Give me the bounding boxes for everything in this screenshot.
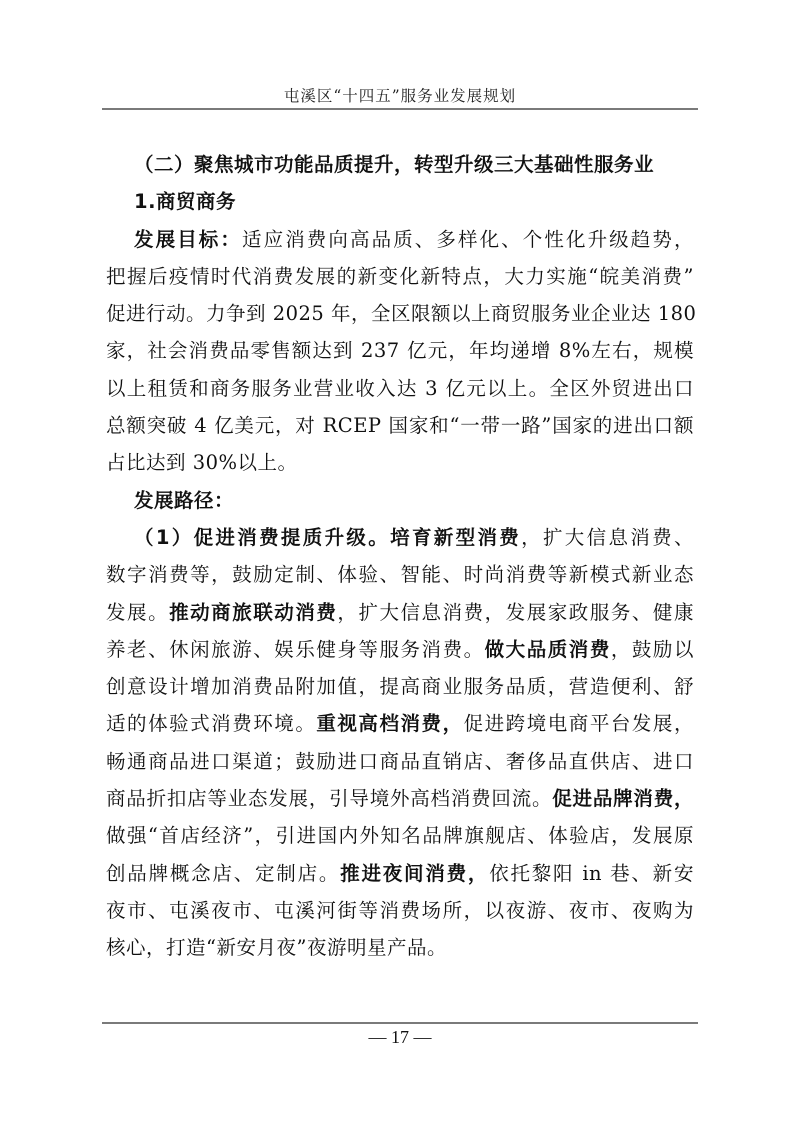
- footer-rule: [102, 1022, 698, 1024]
- goal-line-5: 以上租赁和商务服务业营业收入达 3 亿元以上。全区外贸进出口: [106, 370, 694, 407]
- goal-line-2: 把握后疫情时代消费发展的新变化新特点，大力实施“皖美消费”: [106, 258, 694, 295]
- header-rule: [102, 108, 698, 110]
- running-header: 屯溪区“十四五”服务业发展规划: [100, 84, 700, 106]
- path-line-3: 发展。推动商旅联动消费，扩大信息消费，发展家政服务、健康: [106, 594, 694, 631]
- goal-line-3: 促进行动。力争到 2025 年，全区限额以上商贸服务业企业达 180: [106, 295, 694, 332]
- path-line-1: （1）促进消费提质升级。培育新型消费，扩大信息消费、: [106, 519, 694, 556]
- section-heading: （二）聚焦城市功能品质提升，转型升级三大基础性服务业: [106, 146, 694, 183]
- goal-line-6: 总额突破 4 亿美元，对 RCEP 国家和“一带一路”国家的进出口额: [106, 407, 694, 444]
- subsection-heading: 1.商贸商务: [106, 183, 694, 220]
- path-line-9: 做强“首店经济”，引进国内外知名品牌旗舰店、体验店，发展原: [106, 817, 694, 854]
- path-line-10: 创品牌概念店、定制店。推进夜间消费，依托黎阳 in 巷、新安: [106, 855, 694, 892]
- goal-line-7: 占比达到 30%以上。: [106, 444, 694, 481]
- document-body: （二）聚焦城市功能品质提升，转型升级三大基础性服务业 1.商贸商务 发展目标：适…: [106, 146, 694, 967]
- page-number: — 17 —: [100, 1027, 700, 1048]
- path-line-11: 夜市、屯溪夜市、屯溪河街等消费场所，以夜游、夜市、夜购为: [106, 892, 694, 929]
- path-label: 发展路径：: [106, 482, 694, 519]
- path-line-12: 核心，打造“新安月夜”夜游明星产品。: [106, 929, 694, 966]
- path-line-2: 数字消费等，鼓励定制、体验、智能、时尚消费等新模式新业态: [106, 556, 694, 593]
- path-line-4: 养老、休闲旅游、娱乐健身等服务消费。做大品质消费，鼓励以: [106, 631, 694, 668]
- path-line-7: 畅通商品进口渠道；鼓励进口商品直销店、奢侈品直供店、进口: [106, 743, 694, 780]
- goal-line-1: 发展目标：适应消费向高品质、多样化、个性化升级趋势，: [106, 221, 694, 258]
- goal-label: 发展目标：: [134, 228, 242, 251]
- path-line-5: 创意设计增加消费品附加值，提高商业服务品质，营造便利、舒: [106, 668, 694, 705]
- path-line-6: 适的体验式消费环境。重视高档消费，促进跨境电商平台发展，: [106, 705, 694, 742]
- path-line-8: 商品折扣店等业态发展，引导境外高档消费回流。促进品牌消费，: [106, 780, 694, 817]
- goal-line-4: 家，社会消费品零售额达到 237 亿元，年均递增 8%左右，规模: [106, 332, 694, 369]
